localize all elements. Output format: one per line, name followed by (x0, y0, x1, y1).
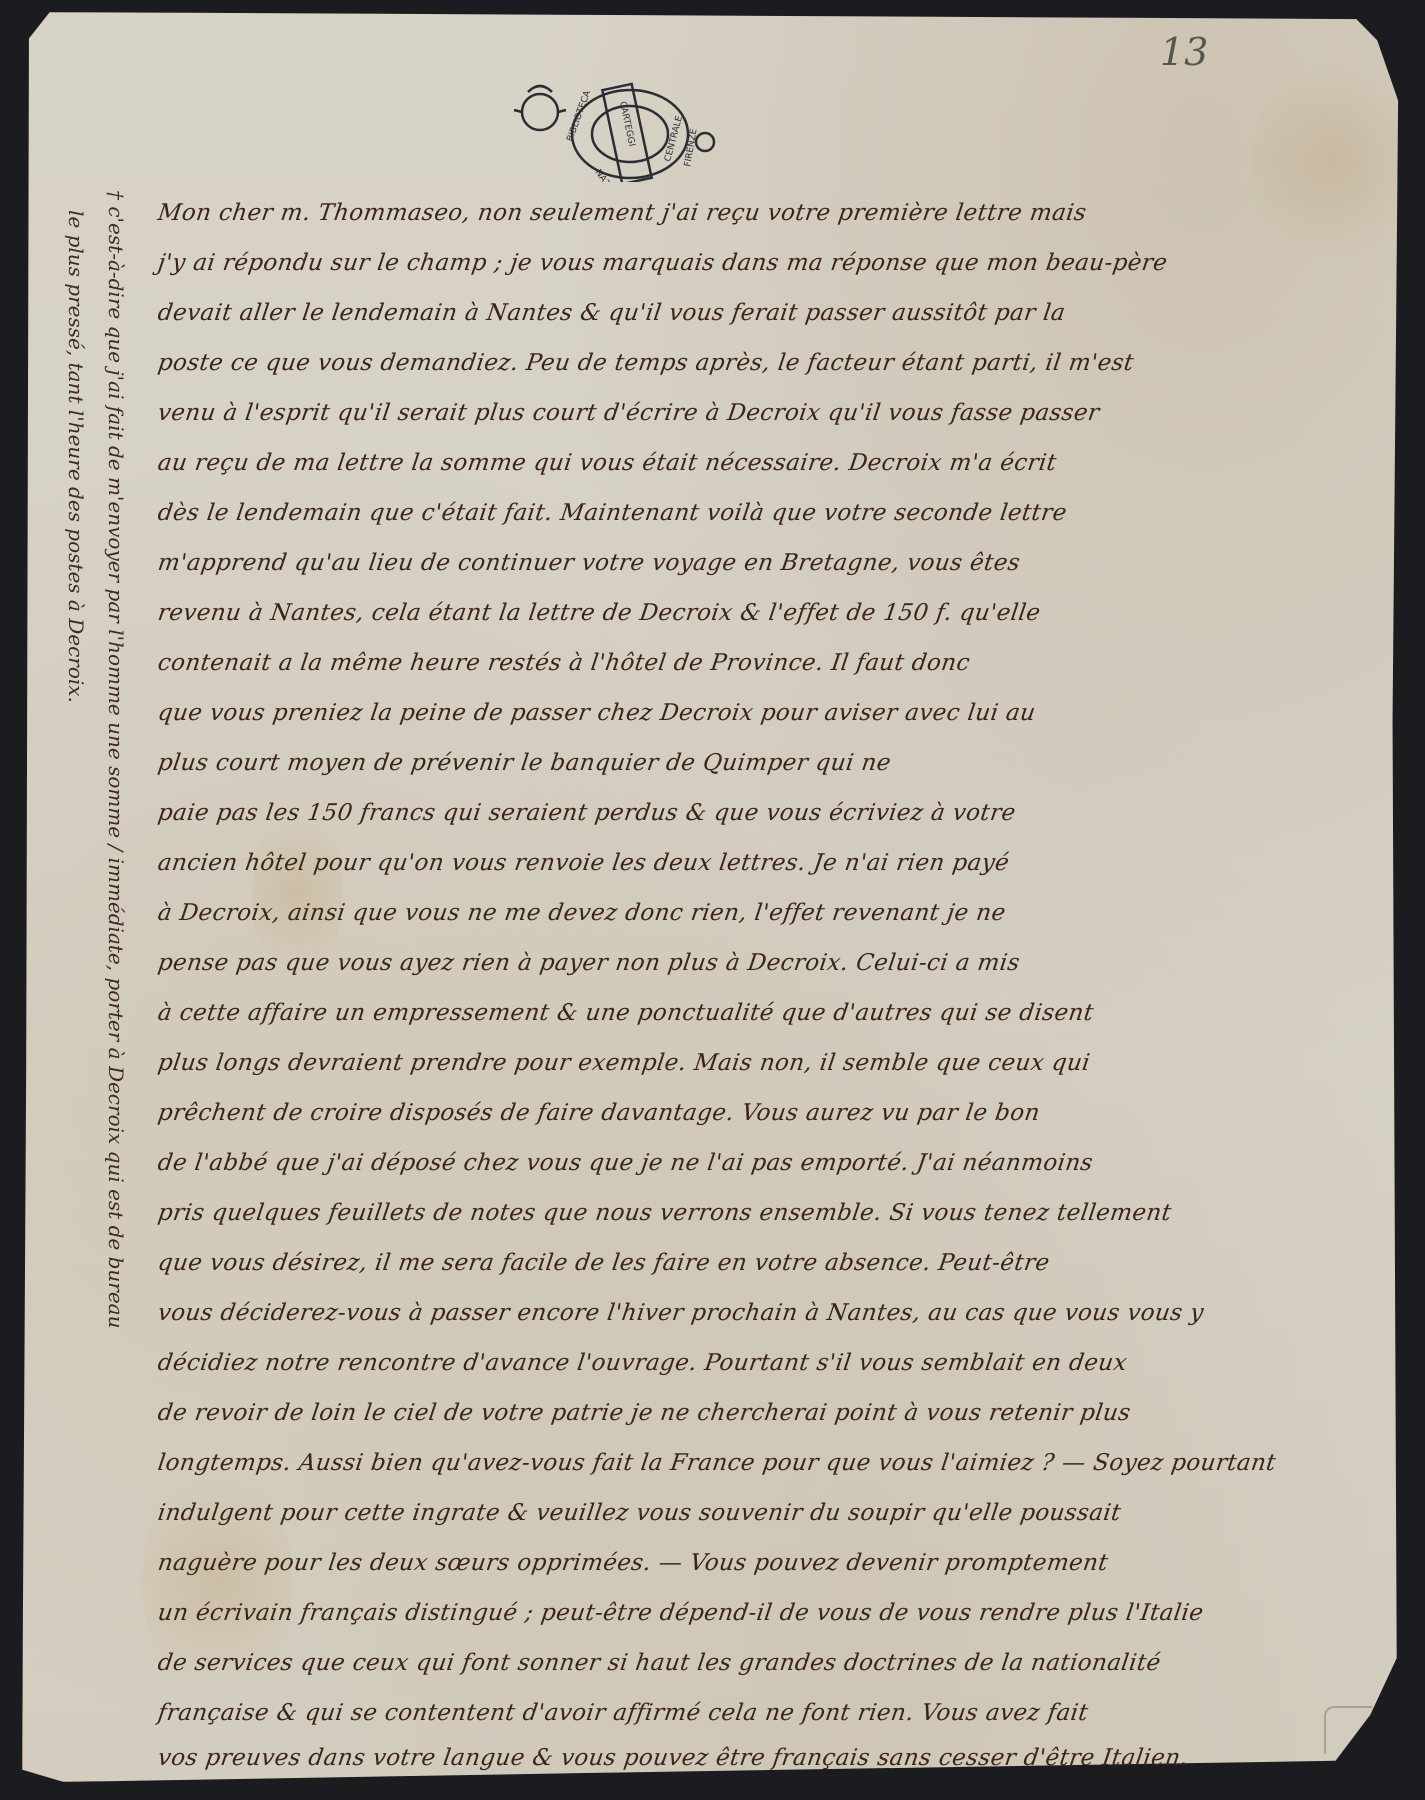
margin-note: † c'est-à-dire que j'ai fait de m'envoye… (104, 190, 128, 1328)
letter-line: pris quelques feuillets de notes que nou… (156, 1200, 1173, 1226)
letter-line: plus court moyen de prévenir le banquier… (156, 750, 892, 776)
letter-line: de services que ceux qui font sonner si … (156, 1650, 1162, 1676)
library-stamp-icon: BIBLIOTECA NAZIONALE CARTEGGI CENTRALE F… (500, 72, 740, 182)
margin-note: le plus pressé, tant l'heure des postes … (64, 210, 88, 703)
letter-line: naguère pour les deux sœurs opprimées. —… (156, 1550, 1110, 1576)
folded-corner (1324, 1706, 1372, 1754)
letter-line: m'apprend qu'au lieu de continuer votre … (156, 550, 1022, 576)
letter-line: longtemps. Aussi bien qu'avez-vous fait … (156, 1450, 1278, 1476)
letter-line: vos preuves dans votre langue & vous pou… (156, 1745, 1190, 1771)
letter-line: revenu à Nantes, cela étant la lettre de… (156, 600, 1042, 626)
letter-line: que vous preniez la peine de passer chez… (156, 700, 1037, 726)
letter-line: vous déciderez-vous à passer encore l'hi… (156, 1300, 1205, 1326)
letter-line: un écrivain français distingué ; peut-êt… (156, 1600, 1205, 1626)
letter-line: à cette affaire un empressement & une po… (156, 1000, 1095, 1026)
letter-line: ancien hôtel pour qu'on vous renvoie les… (156, 850, 1011, 876)
svg-text:BIBLIOTECA: BIBLIOTECA (565, 89, 593, 143)
letter-line: contenait a la même heure restés à l'hôt… (156, 650, 972, 676)
letter-line: décidiez notre rencontre d'avance l'ouvr… (156, 1350, 1129, 1376)
letter-line: à Decroix, ainsi que vous ne me devez do… (156, 900, 1007, 926)
letter-line: française & qui se contentent d'avoir af… (156, 1700, 1090, 1726)
water-stain (1252, 52, 1412, 272)
letter-line: pense pas que vous ayez rien à payer non… (156, 950, 1021, 976)
letter-line: prêchent de croire disposés de faire dav… (156, 1100, 1041, 1126)
letter-line: poste ce que vous demandiez. Peu de temp… (156, 350, 1135, 376)
letter-line: paie pas les 150 francs qui seraient per… (156, 800, 1017, 826)
letter-line: devait aller le lendemain à Nantes & qu'… (156, 300, 1067, 326)
letter-line: de l'abbé que j'ai déposé chez vous que … (156, 1150, 1095, 1176)
folio-number: 13 (1160, 30, 1208, 74)
letter-line: Mon cher m. Thommaseo, non seulement j'a… (156, 200, 1088, 226)
letter-line: venu à l'esprit qu'il serait plus court … (156, 400, 1101, 426)
letter-line: plus longs devraient prendre pour exempl… (156, 1050, 1092, 1076)
letter-line: au reçu de ma lettre la somme qui vous é… (156, 450, 1058, 476)
svg-text:CARTEGGI: CARTEGGI (617, 101, 636, 148)
letter-line: indulgent pour cette ingrate & veuillez … (156, 1500, 1122, 1526)
letter-line: dès le lendemain que c'était fait. Maint… (156, 500, 1068, 526)
letter-line: de revoir de loin le ciel de votre patri… (156, 1400, 1132, 1426)
letter-line: que vous désirez, il me sera facile de l… (156, 1250, 1051, 1276)
letter-line: j'y ai répondu sur le champ ; je vous ma… (156, 250, 1169, 276)
